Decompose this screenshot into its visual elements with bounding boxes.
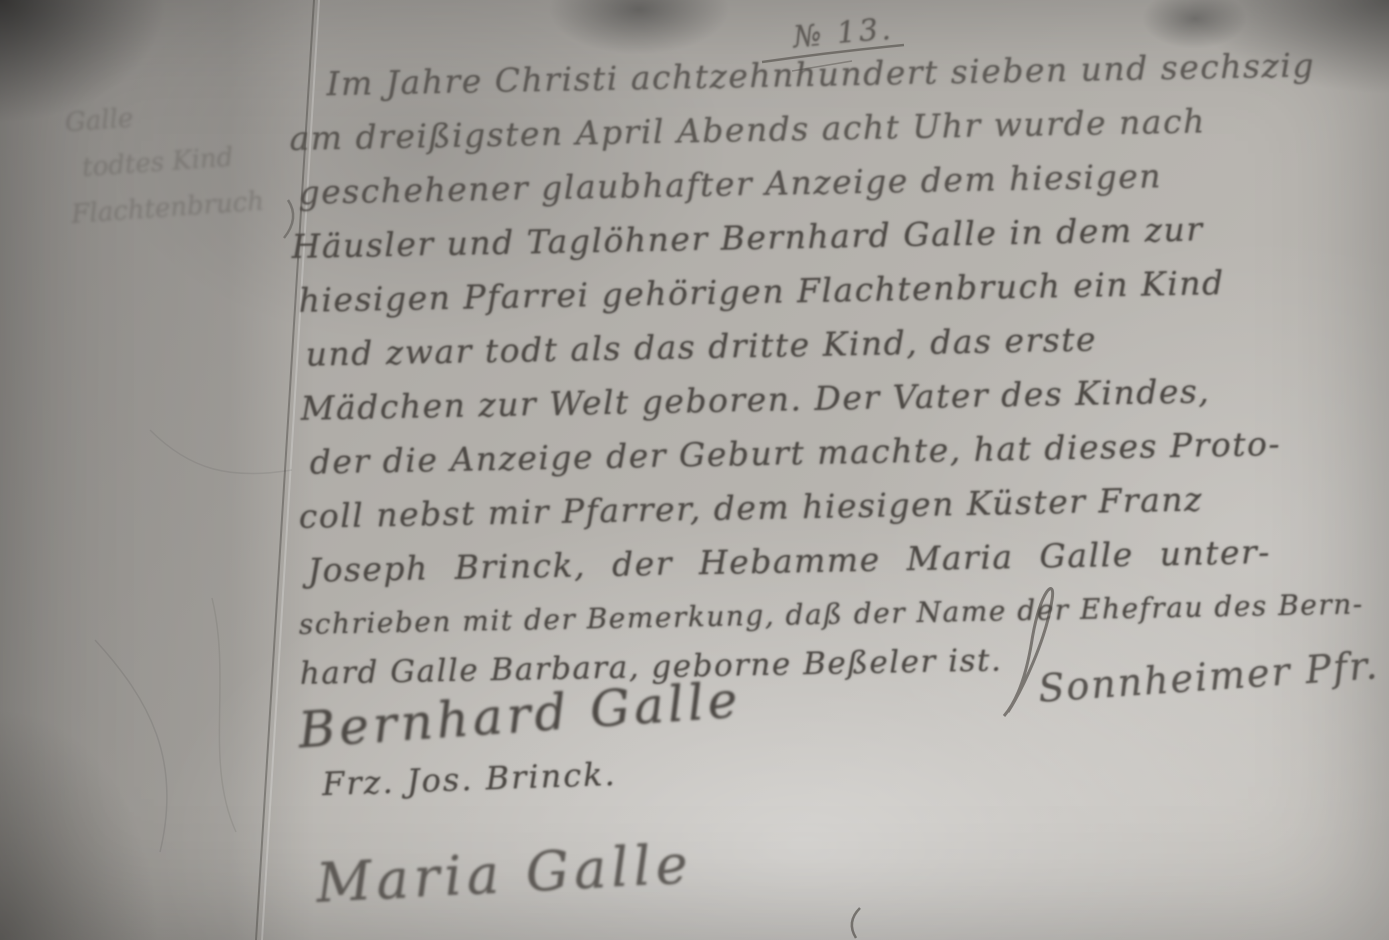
paper-scratch — [95, 640, 167, 852]
stray-ink-mark — [852, 908, 860, 938]
margin-note: Galle todtes Kind Flachtenbruch — [63, 84, 302, 238]
signature-kuester: Frz. Jos. Brinck. — [321, 755, 617, 803]
paper-scratch-2 — [212, 598, 236, 832]
paper-scratch-3 — [150, 430, 292, 474]
signature-midwife: Maria Galle — [315, 832, 695, 915]
scanned-register-page: № 13. Galle todtes Kind Flachtenbruch Im… — [0, 0, 1389, 940]
entry-body-text: Im Jahre Christi achtzehnhundert sieben … — [288, 37, 1385, 696]
